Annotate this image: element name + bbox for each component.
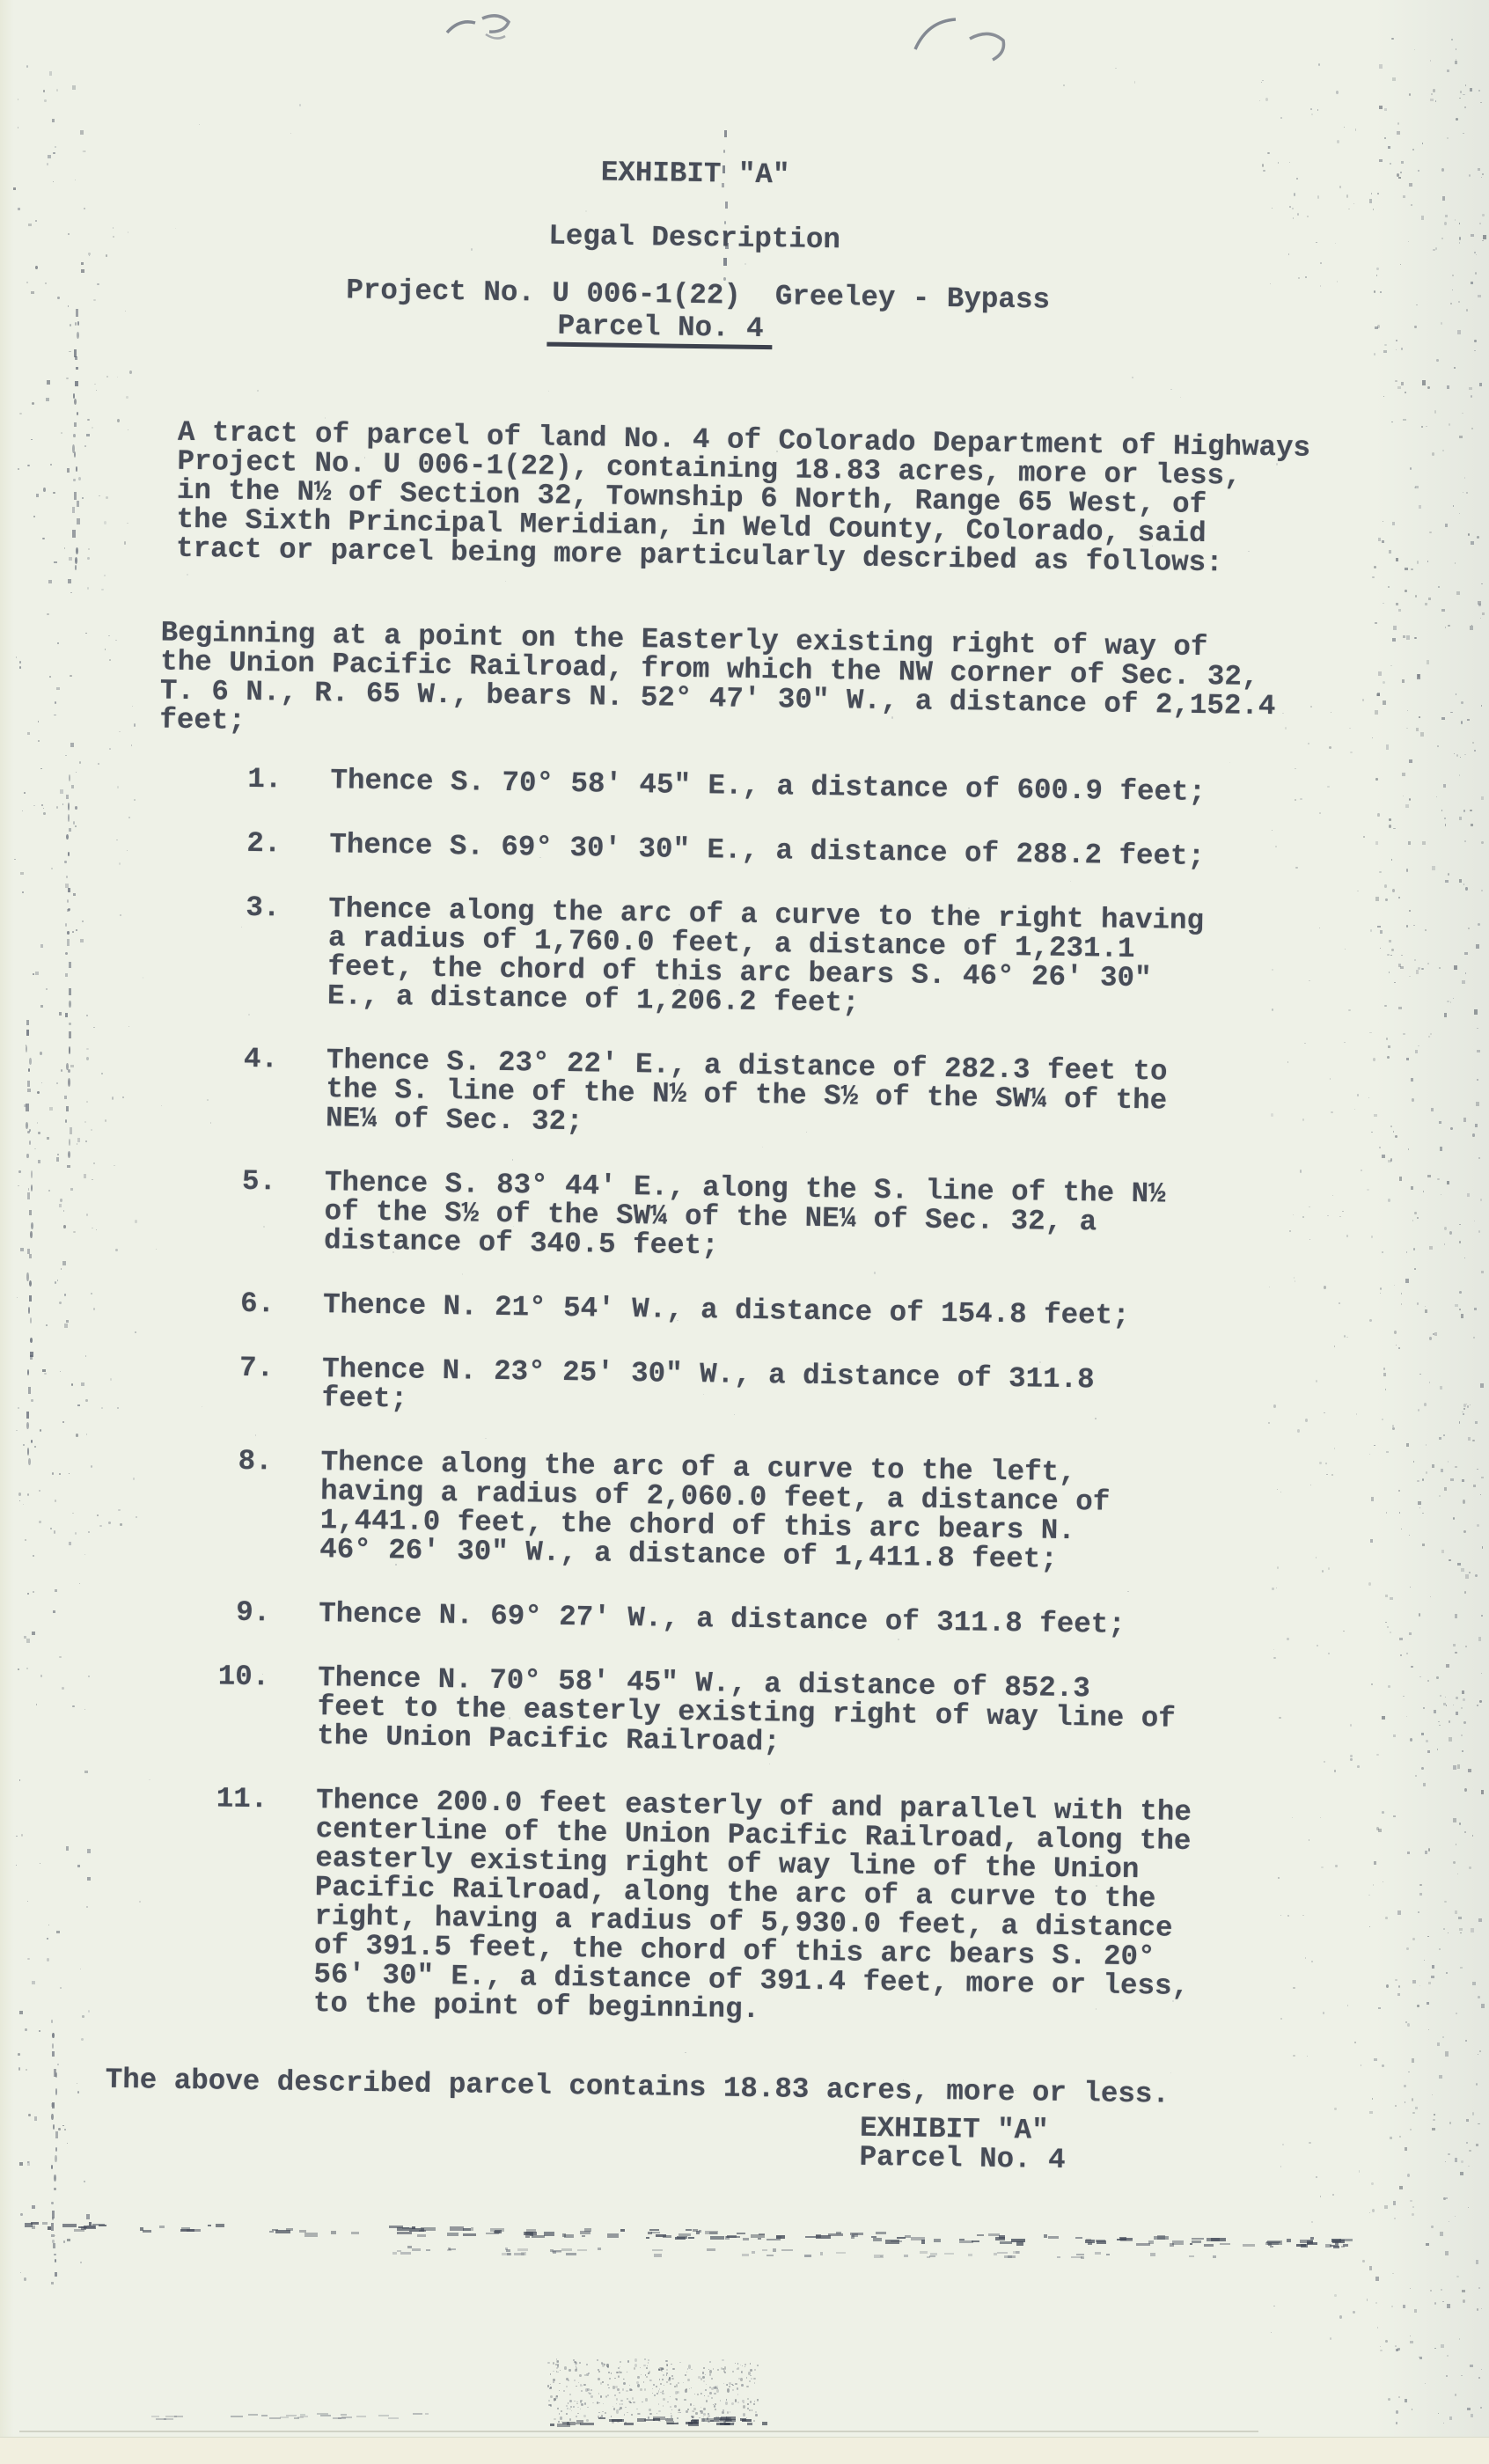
noise-speck: [1008, 2255, 1016, 2258]
noise-speck: [730, 2411, 731, 2413]
noise-speck: [678, 2233, 691, 2236]
noise-speck: [674, 2386, 675, 2387]
noise-speck: [737, 2402, 739, 2403]
noise-speck: [87, 2226, 95, 2228]
noise-speck: [972, 2240, 979, 2243]
course-row: 9. Thence N. 69° 27' W., a distance of 3…: [112, 1596, 1469, 1645]
noise-speck: [52, 2240, 55, 2242]
noise-speck: [525, 2232, 532, 2234]
noise-speck: [741, 2372, 743, 2373]
noise-speck: [703, 2413, 706, 2415]
noise-speck: [645, 2398, 648, 2401]
course-number: 9.: [112, 1596, 270, 1628]
noise-speck: [450, 2226, 464, 2230]
noise-speck: [646, 2237, 649, 2240]
noise-speck: [720, 2417, 731, 2420]
noise-speck: [711, 2378, 713, 2380]
noise-speck: [1268, 2243, 1272, 2246]
noise-speck: [715, 2409, 717, 2410]
noise-speck: [674, 2405, 677, 2408]
noise-speck: [576, 2416, 578, 2417]
noise-speck: [648, 2372, 650, 2374]
noise-speck: [648, 2359, 650, 2361]
noise-speck: [625, 2422, 627, 2424]
noise-speck: [749, 2380, 751, 2382]
noise-speck: [692, 2419, 700, 2421]
noise-speck: [612, 2406, 613, 2407]
noise-speck: [557, 2408, 558, 2409]
noise-speck: [721, 2367, 722, 2370]
noise-speck: [647, 2365, 648, 2367]
noise-speck: [684, 2399, 686, 2401]
noise-speck: [51, 2223, 54, 2231]
noise-speck: [502, 2253, 510, 2255]
noise-speck: [754, 2401, 755, 2402]
noise-speck: [53, 2243, 55, 2248]
noise-speck: [649, 2380, 650, 2380]
noise-speck: [620, 2229, 625, 2233]
course-row: 2. Thence S. 69° 30' 30" E., a distance …: [122, 827, 1479, 876]
noise-speck: [620, 2361, 621, 2363]
noise-speck: [714, 2417, 722, 2420]
noise-speck: [447, 2233, 458, 2235]
noise-speck: [524, 2232, 537, 2234]
noise-speck: [755, 2414, 758, 2416]
noise-speck: [584, 2402, 586, 2404]
noise-speck: [735, 2399, 737, 2402]
noise-speck: [1150, 2253, 1155, 2255]
course-text: Thence N. 69° 27' W., a distance of 311.…: [319, 1599, 1126, 1639]
noise-speck: [724, 2423, 734, 2425]
noise-speck: [550, 2395, 553, 2398]
noise-speck: [732, 2385, 733, 2386]
noise-speck: [1311, 2221, 1313, 2223]
noise-speck: [611, 2416, 612, 2416]
noise-speck: [623, 2379, 626, 2380]
noise-speck: [1190, 2243, 1192, 2246]
noise-speck: [726, 2418, 729, 2422]
noise-speck: [670, 2406, 671, 2408]
noise-speck: [576, 2386, 577, 2387]
noise-speck: [617, 2388, 620, 2391]
noise-speck: [726, 2236, 740, 2238]
noise-speck: [692, 2416, 693, 2418]
noise-speck: [663, 2374, 664, 2376]
noise-speck: [671, 2415, 672, 2416]
noise-speck: [1081, 2256, 1083, 2259]
noise-speck: [600, 2416, 602, 2418]
noise-speck: [544, 2232, 554, 2235]
noise-speck: [634, 2367, 635, 2370]
noise-speck: [703, 2380, 705, 2382]
noise-speck: [495, 2230, 502, 2233]
noise-speck: [677, 2236, 687, 2238]
noise-speck: [672, 2368, 674, 2370]
noise-speck: [654, 2254, 662, 2256]
noise-speck: [32, 2205, 35, 2208]
noise-speck: [707, 2248, 716, 2251]
noise-speck: [727, 2384, 729, 2386]
noise-speck: [688, 2423, 699, 2426]
noise-speck: [820, 2252, 823, 2255]
noise-speck: [574, 2361, 576, 2363]
noise-speck: [550, 2387, 552, 2388]
noise-speck: [871, 2236, 876, 2239]
noise-speck: [685, 2374, 686, 2376]
course-row: 11. Thence 200.0 feet easterly of and pa…: [106, 1783, 1467, 2035]
noise-speck: [720, 2400, 721, 2402]
noise-speck: [1172, 2240, 1184, 2244]
noise-speck: [676, 2384, 678, 2387]
noise-speck: [703, 2408, 706, 2410]
noise-speck: [737, 2368, 738, 2371]
noise-speck: [661, 2367, 663, 2370]
noise-speck: [1339, 2239, 1353, 2241]
noise-speck: [1154, 2236, 1169, 2240]
noise-speck: [1120, 2238, 1133, 2240]
course-text: Thence along the arc of a curve to the l…: [319, 1448, 1111, 1575]
noise-speck: [713, 2387, 715, 2389]
noise-speck: [165, 2416, 177, 2417]
noise-speck: [686, 2410, 688, 2413]
noise-speck: [1265, 2242, 1280, 2246]
noise-speck: [836, 2232, 841, 2234]
noise-speck: [850, 2233, 862, 2235]
noise-speck: [723, 2370, 725, 2372]
noise-speck: [726, 2399, 727, 2400]
noise-speck: [586, 2373, 589, 2376]
noise-speck: [576, 2423, 581, 2424]
noise-speck: [708, 2413, 708, 2414]
noise-speck: [412, 2226, 415, 2229]
noise-speck: [920, 2251, 927, 2254]
noise-speck: [556, 2358, 557, 2359]
noise-speck: [1117, 2239, 1126, 2240]
noise-speck: [1330, 2245, 1339, 2248]
course-text: Thence along the arc of a curve to the r…: [327, 894, 1204, 1023]
course-number: 1.: [123, 763, 282, 795]
noise-speck: [151, 2416, 159, 2417]
noise-speck: [550, 2424, 554, 2426]
noise-speck: [555, 2364, 557, 2365]
noise-speck: [742, 2419, 752, 2422]
noise-speck: [746, 2417, 748, 2418]
noise-speck: [671, 2375, 673, 2377]
noise-speck: [619, 2409, 620, 2410]
noise-speck: [587, 2388, 589, 2390]
noise-speck: [550, 2387, 552, 2388]
noise-speck: [1211, 2238, 1226, 2240]
noise-speck: [598, 2378, 600, 2380]
noise-speck: [555, 2395, 558, 2399]
noise-speck: [662, 2368, 664, 2370]
noise-speck: [749, 2409, 751, 2411]
noise-speck: [754, 2382, 756, 2384]
noise-speck: [751, 2234, 765, 2238]
noise-speck: [597, 2402, 598, 2404]
noise-speck: [1097, 2240, 1106, 2244]
noise-speck: [747, 2408, 749, 2409]
noise-speck: [413, 2413, 422, 2415]
noise-speck: [666, 2372, 668, 2374]
noise-speck: [669, 2377, 671, 2380]
noise-speck: [581, 2403, 583, 2406]
noise-speck: [687, 2379, 690, 2381]
noise-speck: [25, 2223, 33, 2226]
noise-speck: [608, 2372, 610, 2373]
noise-speck: [804, 2255, 811, 2257]
noise-speck: [578, 2382, 579, 2383]
noise-speck: [627, 2412, 628, 2414]
noise-speck: [959, 2240, 972, 2244]
course-text: Thence S. 69° 30' 30" E., a distance of …: [329, 830, 1205, 871]
noise-speck: [598, 2248, 601, 2250]
noise-speck: [55, 2235, 55, 2236]
course-number: 7.: [114, 1352, 274, 1412]
noise-speck: [737, 2387, 739, 2390]
course-number: 10.: [110, 1661, 269, 1750]
noise-speck: [583, 2415, 585, 2417]
noise-speck: [816, 2235, 831, 2239]
course-number: 8.: [113, 1445, 273, 1564]
page-bottom-edge: [0, 2437, 1489, 2464]
noise-speck: [1300, 2240, 1313, 2242]
noise-speck: [1369, 2266, 1372, 2270]
noise-speck: [686, 2422, 693, 2424]
noise-speck: [507, 2253, 512, 2255]
noise-speck: [1048, 2236, 1059, 2239]
noise-speck: [27, 2161, 30, 2166]
noise-speck: [678, 2409, 679, 2411]
noise-speck: [562, 2422, 570, 2424]
course-row: 3. Thence along the arc of a curve to th…: [121, 891, 1479, 1027]
beginning-paragraph: Beginning at a point on the Easterly exi…: [159, 619, 1483, 753]
noise-speck: [743, 2238, 749, 2240]
noise-speck: [714, 2387, 715, 2388]
noise-speck: [666, 2369, 667, 2371]
noise-speck: [675, 2237, 686, 2240]
noise-speck: [615, 2386, 618, 2388]
noise-speck: [726, 2384, 728, 2386]
noise-speck: [762, 2422, 767, 2424]
noise-speck: [741, 2371, 743, 2373]
noise-speck: [666, 2421, 673, 2424]
noise-speck: [667, 2423, 678, 2424]
noise-speck: [678, 2409, 680, 2412]
noise-speck: [671, 2378, 674, 2380]
noise-speck: [628, 2401, 631, 2402]
noise-speck: [1106, 2254, 1110, 2255]
noise-speck: [696, 2231, 700, 2234]
noise-speck: [486, 2233, 499, 2234]
noise-speck: [67, 2239, 70, 2241]
noise-speck: [566, 2253, 576, 2255]
course-text: Thence N. 23° 25' 30" W., a distance of …: [321, 1354, 1094, 1423]
noise-speck: [1333, 2246, 1339, 2248]
noise-speck: [929, 2255, 935, 2257]
noise-speck: [686, 2372, 687, 2372]
noise-speck: [627, 2360, 629, 2362]
noise-speck: [620, 2403, 621, 2405]
noise-speck: [19, 2162, 23, 2166]
noise-speck: [208, 2225, 211, 2227]
noise-speck: [722, 2368, 724, 2370]
noise-speck: [750, 2363, 751, 2365]
noise-speck: [904, 2255, 908, 2257]
noise-speck: [612, 2386, 614, 2388]
noise-speck: [1192, 2238, 1204, 2240]
noise-speck: [743, 2402, 744, 2404]
noise-speck: [743, 2413, 745, 2416]
noise-speck: [548, 2404, 551, 2406]
noise-speck: [668, 2379, 670, 2381]
noise-speck: [723, 2383, 724, 2384]
noise-speck: [1271, 2332, 1272, 2333]
noise-speck: [89, 2222, 92, 2226]
noise-speck: [574, 2401, 576, 2402]
noise-speck: [550, 2384, 551, 2385]
noise-speck: [526, 2229, 536, 2233]
noise-speck: [697, 2394, 699, 2396]
noise-speck: [1220, 2243, 1230, 2246]
noise-speck: [607, 2394, 609, 2396]
noise-speck: [709, 2392, 712, 2394]
course-text: Thence 200.0 feet easterly of and parall…: [313, 1786, 1192, 2030]
noise-speck: [740, 2378, 743, 2381]
noise-speck: [724, 2366, 727, 2370]
noise-speck: [592, 2402, 593, 2403]
noise-speck: [649, 2371, 651, 2374]
noise-speck: [722, 2359, 724, 2361]
noise-speck: [731, 2384, 733, 2385]
noise-speck: [553, 2379, 555, 2381]
noise-speck: [625, 2407, 627, 2409]
noise-speck: [705, 2231, 719, 2234]
noise-speck: [586, 2364, 588, 2365]
course-text: Thence S. 23° 22' E., a distance of 282.…: [326, 1045, 1168, 1144]
noise-speck: [646, 2367, 648, 2369]
noise-speck: [1335, 2241, 1339, 2245]
noise-speck: [617, 2420, 620, 2423]
noise-speck: [553, 2381, 555, 2383]
noise-speck: [704, 2395, 705, 2396]
course-number: 3.: [121, 891, 281, 1010]
noise-speck: [624, 2423, 634, 2424]
noise-speck: [767, 2239, 781, 2241]
noise-speck: [637, 2384, 640, 2387]
noise-speck: [700, 2393, 703, 2394]
noise-speck: [569, 2418, 571, 2422]
noise-speck: [559, 2413, 561, 2415]
noise-speck: [576, 2420, 583, 2422]
noise-speck: [54, 2254, 55, 2255]
noise-speck: [1170, 2243, 1174, 2246]
noise-speck: [711, 2397, 712, 2398]
noise-speck: [587, 2407, 589, 2408]
noise-speck: [959, 2239, 964, 2240]
noise-speck: [576, 2402, 577, 2402]
noise-speck: [612, 2420, 614, 2424]
noise-speck: [688, 2365, 691, 2368]
noise-speck: [686, 2388, 687, 2390]
course-number: 5.: [117, 1165, 276, 1255]
noise-speck: [706, 2400, 708, 2402]
noise-speck: [652, 2388, 653, 2389]
noise-speck: [55, 2272, 57, 2277]
noise-speck: [715, 2403, 716, 2405]
noise-speck: [389, 2226, 403, 2228]
noise-speck: [1334, 2294, 1336, 2297]
noise-speck: [654, 2394, 656, 2396]
noise-speck: [1341, 2246, 1344, 2248]
noise-speck: [851, 2235, 855, 2239]
course-number: 4.: [119, 1043, 278, 1133]
noise-speck: [675, 2391, 678, 2394]
course-row: 10. Thence N. 70° 58' 45" W., a distance…: [110, 1661, 1468, 1767]
noise-speck: [658, 2369, 659, 2371]
course-row: 6. Thence N. 21° 54' W., a distance of 1…: [116, 1287, 1473, 1336]
noise-speck: [665, 2360, 668, 2362]
noise-speck: [378, 2415, 389, 2416]
noise-speck: [143, 2230, 150, 2232]
footer-exhibit-parcel: EXHIBIT "A" Parcel No. 4: [859, 2114, 1462, 2181]
noise-speck: [717, 2386, 718, 2387]
noise-speck: [934, 2239, 942, 2242]
noise-speck: [727, 2388, 730, 2392]
noise-speck: [605, 2395, 607, 2397]
noise-speck: [722, 2409, 724, 2410]
noise-speck: [722, 2417, 730, 2420]
noise-speck: [24, 2277, 26, 2281]
noise-speck: [713, 2368, 714, 2369]
noise-speck: [687, 2368, 688, 2370]
noise-speck: [156, 2418, 167, 2420]
noise-speck: [725, 2236, 730, 2240]
noise-speck: [977, 2234, 985, 2236]
course-text: Thence N. 70° 58' 45" W., a distance of …: [317, 1663, 1176, 1763]
noise-speck: [708, 2369, 709, 2370]
noise-speck: [661, 2369, 663, 2371]
noise-speck: [897, 2237, 906, 2239]
noise-speck: [691, 2416, 693, 2417]
noise-speck: [649, 2409, 651, 2411]
noise-speck: [614, 2378, 616, 2380]
closing-paragraph: The above described parcel contains 18.8…: [106, 2065, 1463, 2114]
noise-speck: [613, 2408, 616, 2409]
noise-speck: [608, 2387, 610, 2389]
noise-speck: [757, 2365, 759, 2366]
noise-speck: [754, 2369, 756, 2371]
course-row: 7. Thence N. 23° 25' 30" W., a distance …: [114, 1352, 1472, 1429]
noise-speck: [1371, 2182, 1374, 2185]
noise-speck: [532, 2235, 545, 2238]
noise-speck: [425, 2413, 429, 2415]
noise-speck: [300, 2414, 305, 2416]
noise-speck: [42, 2222, 48, 2224]
noise-speck: [751, 2378, 752, 2380]
course-row: 1. Thence S. 70° 58' 45" E., a distance …: [123, 763, 1480, 811]
noise-speck: [651, 2380, 653, 2381]
noise-speck: [687, 2409, 689, 2410]
noise-speck: [576, 2403, 577, 2404]
noise-speck: [598, 2402, 599, 2403]
noise-speck: [1339, 2315, 1342, 2319]
noise-speck: [554, 2398, 556, 2402]
noise-speck: [1088, 2242, 1092, 2245]
noise-speck: [927, 2256, 929, 2259]
noise-speck: [341, 2416, 353, 2418]
noise-speck: [1213, 2255, 1216, 2258]
